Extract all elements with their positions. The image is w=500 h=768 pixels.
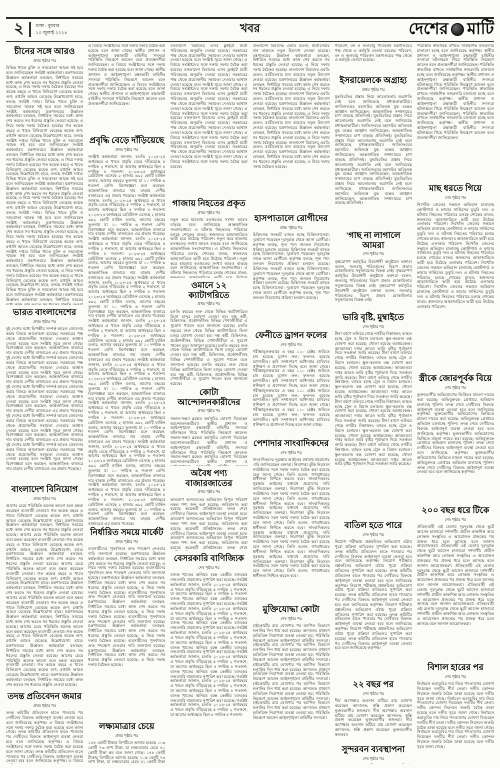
article-headline: লক্ষ্যমাত্রার চেয়ে — [88, 722, 165, 732]
continuation-note: প্রথম পৃষ্ঠার পর — [6, 496, 83, 503]
dateline: ঢাকা : বুধবার ১০ জুলাই ২০২৪ — [36, 23, 67, 35]
article-body: বিভিন্ন খাতে চুক্তি ও সমঝোতা স্মারক সই হ… — [6, 66, 83, 305]
continuation-note: প্রথম পৃষ্ঠার পর — [6, 58, 83, 65]
article-body: যুদ্ধবিরতির প্রস্তাব নিয়ে আলোচনায় অগ্র… — [335, 95, 412, 206]
article: প্রবৃদ্ধি বেড়ে দাঁড়িয়েছে প্রথম পৃষ্ঠা… — [88, 133, 165, 525]
continuation-note: প্রথম পৃষ্ঠার পর — [88, 539, 165, 546]
article-body: ১৪৮ কোটি টাকার বিপরীতে আদায় হয়েছে ১০৬ … — [88, 741, 165, 764]
article-body: ভুক্তভোগীর অভিযোগের ভিত্তিতে মামলা দায়ে… — [417, 393, 494, 475]
article-body: বাংলাদেশ বিমানের এমডি বলেন, যাত্রীসেবার … — [253, 44, 330, 170]
continuation-note: প্রথম পৃষ্ঠার পর — [253, 225, 330, 232]
article-headline: মাছ ধরতে গিয়ে — [417, 184, 494, 194]
article: স্ত্রীকে জোরপূর্বক বিয়ে শেষ পৃষ্ঠার পর … — [417, 371, 494, 503]
article: ইসরায়েলকে অগ্রাহ্য প্রথম পৃষ্ঠার পর যুদ… — [335, 73, 412, 228]
article-headline: বাংলাদেশ বিনিয়োগ — [6, 485, 83, 495]
article: হাসপাতালে রোগীদের প্রথম পৃষ্ঠার পর চিকিৎ… — [253, 211, 330, 328]
article-body: টানা বর্ষণে তলিয়ে গেছে নগরীর নিম্নাঞ্চল… — [335, 332, 412, 467]
article-headline: প্রবৃদ্ধি বেড়ে দাঁড়িয়েছে — [88, 136, 165, 146]
article-body: ঐতিহ্যবাহী এই মেলায় দূরদূরান্ত থেকে ছুট… — [417, 525, 494, 626]
column-2: এ বিষয়ে সংশ্লিষ্টদের সঙ্গে দফায় দফায় … — [88, 44, 165, 764]
article: মুক্তিযোদ্ধা কোটা শেষ পৃষ্ঠার পর হাইকোর্… — [253, 602, 330, 764]
newspaper-logo-icon — [451, 23, 464, 36]
article: বাতিল হতে পারে শেষ পৃষ্ঠার পর নিয়োগ পরী… — [335, 518, 412, 677]
continuation-note: প্রথম পৃষ্ঠার পর — [170, 301, 247, 308]
article: বেসরকারি বাণিজ্যিক শেষ পৃষ্ঠার পর ব্যাংক… — [170, 551, 247, 764]
article: গাজায় নিহতের প্রকৃত প্রথম পৃষ্ঠার পর নত… — [170, 196, 247, 278]
article-headline: তদন্ত প্রতিবেদন জমার — [6, 692, 83, 702]
article-headline: 'গাছ না লাগালে আমরা — [335, 231, 412, 250]
masthead: দেশের মাটি — [409, 16, 494, 43]
masthead-word-2: মাটি — [467, 16, 494, 43]
article-headline: গাজায় নিহতের প্রকৃত — [170, 199, 247, 209]
masthead-word-1: দেশের — [409, 16, 449, 43]
continuation-note: প্রথম পৃষ্ঠার পর — [335, 87, 412, 94]
continuation-note: শেষ পৃষ্ঠার পর — [335, 251, 412, 258]
continuation-note: শেষ পৃষ্ঠার পর — [335, 532, 412, 539]
page-number: ২ — [6, 22, 29, 37]
article-body: দীর্ঘ অপেক্ষার অবসান ঘটিয়ে রায় ঘোষণা ক… — [335, 699, 412, 738]
page-header: ২ ঢাকা : বুধবার ১০ জুলাই ২০২৪ খবর দেশের … — [6, 19, 494, 40]
article-body: পরিবেশ, বন ও জলবায়ু পরিবর্তন মন্ত্রণালয… — [335, 44, 412, 63]
article: পরিস্থিতি স্বাভাবিক রাখতে সার্বক্ষণিক নজ… — [417, 44, 494, 181]
article-body: নির্বাচনে ভরাডুবির দায় নিয়ে পদত্যাগের … — [417, 682, 494, 750]
continuation-note: শেষ পৃষ্ঠার পর — [417, 517, 494, 524]
article-body: এ বিষয়ে সংশ্লিষ্টদের সঙ্গে দফায় দফায় … — [88, 44, 165, 107]
article-body: ভ্রাম্যমাণ আদালতের অভিযানে বিপুল পরিমাণ … — [170, 498, 247, 551]
article-body: ব্যবসায়ীদের পুনর্বাসনে দ্রুত পদক্ষেপ নে… — [88, 547, 165, 668]
article: লক্ষ্যমাত্রার চেয়ে প্রথম পৃষ্ঠার পর ১৪৮… — [88, 719, 165, 764]
continuation-note: শেষ পৃষ্ঠার পর — [417, 195, 494, 202]
article-grid: চীনের সঙ্গে আরও প্রথম পৃষ্ঠার পর বিভিন্ন… — [6, 44, 494, 764]
article-headline: অবৈধ পণ্য বাজারজাতের — [170, 469, 247, 488]
article: ভারি বৃষ্টি, মুম্বাইতে শেষ পৃষ্ঠার পর টা… — [335, 310, 412, 518]
column-1: চীনের সঙ্গে আরও প্রথম পৃষ্ঠার পর বিভিন্ন… — [6, 44, 83, 764]
article: পরিবেশ, বন ও জলবায়ু পরিবর্তন মন্ত্রণালয… — [335, 44, 412, 73]
article-body: সংশ্লিষ্ট কর্মকর্তারা জানান, চলতি ২০২৪-২… — [88, 155, 165, 525]
article-headline: কোটা আন্দোলনকারীদের — [170, 388, 247, 407]
article-headline: হাসপাতালে রোগীদের — [253, 214, 330, 224]
column-4: বাংলাদেশ বিমানের এমডি বলেন, যাত্রীসেবার … — [253, 44, 330, 764]
article-body: নিয়োগ পরীক্ষায় প্রশ্নফাঁসের অভিযোগ ওঠা… — [335, 540, 412, 651]
continuation-note: প্রথম পৃষ্ঠার পর — [88, 733, 165, 740]
article: ওমানে ১২ ক্যাটাগরিতে প্রথম পৃষ্ঠার পর চল… — [170, 278, 247, 385]
article: এ বিষয়ে সংশ্লিষ্টদের সঙ্গে দফায় দফায় … — [88, 44, 165, 133]
article-headline: ফেনীতে ড্রাগন ফলের — [253, 331, 330, 341]
article-body: তদন্ত কমিটির প্রতিবেদন হাতে পাওয়ার পর দ… — [6, 711, 83, 764]
dateline-date: ১০ জুলাই ২০২৪ — [36, 30, 67, 36]
article: তদন্ত প্রতিবেদন জমার প্রথম পৃষ্ঠার পর তদ… — [6, 689, 83, 764]
continuation-note: শেষ পৃষ্ঠার পর — [335, 691, 412, 698]
article-headline: ভারত বাংলাদেশের — [6, 308, 83, 318]
continuation-note: শেষ পৃষ্ঠার পর — [335, 324, 412, 331]
article-headline: স্ত্রীকে জোরপূর্বক বিয়ে — [417, 374, 494, 384]
article: ২২ বছর পর শেষ পৃষ্ঠার পর দীর্ঘ অপেক্ষার … — [335, 677, 412, 742]
continuation-note: শেষ পৃষ্ঠার পর — [253, 616, 330, 623]
article-headline: বেসরকারি বাণিজ্যিক — [170, 554, 247, 564]
article-body: ব্যাংক খাতের অনিয়ম বন্ধে কেন্দ্রীয় ব্য… — [170, 573, 247, 718]
article: বিশাল হারের পর শেষ পৃষ্ঠার পর নির্বাচনে … — [417, 660, 494, 764]
article: নির্ধারিত সময়ে মার্কেট প্রথম পৃষ্ঠার পর… — [88, 525, 165, 719]
article-body: পরিস্থিতি স্বাভাবিক রাখতে সার্বক্ষণিক নজ… — [417, 44, 494, 141]
article-headline: বিশাল হারের পর — [417, 663, 494, 673]
continuation-note: প্রথম পৃষ্ঠার পর — [170, 489, 247, 496]
header-bottom-rule — [6, 41, 494, 42]
article-body: হাইকোর্টের রায় ঘোষণার পর আপিল বিভাগে শু… — [253, 624, 330, 721]
article: 'গাছ না লাগালে আমরা শেষ পৃষ্ঠার পর বৃক্ষ… — [335, 228, 412, 310]
column-3: বাংলাদেশ বিমানের এসব ফ্লাইটে যাত্রী পরিব… — [170, 44, 247, 764]
article-headline: ওমানে ১২ ক্যাটাগরিতে — [170, 281, 247, 300]
continuation-note: শেষ পৃষ্ঠার পর — [253, 450, 330, 457]
continuation-note: প্রথম পৃষ্ঠার পর — [170, 210, 247, 217]
continuation-note: শেষ পৃষ্ঠার পর — [335, 756, 412, 763]
article-headline: নির্ধারিত সময়ে মার্কেট — [88, 528, 165, 538]
article: ২০০ বছর ধরে টিকে শেষ পৃষ্ঠার পর ঐতিহ্যবা… — [417, 503, 494, 660]
article-headline: সুন্দরবন ব্যবস্থাপনা — [335, 745, 412, 755]
article-body: নিখোঁজ জেলের সন্ধানে অভিযান চালাচ্ছে কোস… — [417, 203, 494, 309]
continuation-note: প্রথম পৃষ্ঠার পর — [88, 147, 165, 154]
article: ভারত বাংলাদেশের প্রথম পৃষ্ঠার পর দুই দেশ… — [6, 305, 83, 482]
article-headline: বাতিল হতে পারে — [335, 521, 412, 531]
continuation-note: শেষ পৃষ্ঠার পর — [170, 565, 247, 572]
header-divider — [29, 22, 31, 37]
article-body: আগের চেয়ে পরিস্থিতি অনেক ভালো বলে মন্তব… — [6, 504, 83, 687]
article-body: পরীক্ষামূলকভাবে এ বছর ১১০ হেক্টর জমিতে চ… — [253, 350, 330, 427]
article-body: চলতি বছরের শুরু থেকে বিভিন্ন ক্যাটাগরিতে… — [170, 310, 247, 385]
article: পেশাদার সাংবাদিকদের শেষ পৃষ্ঠার পর সাংবা… — [253, 436, 330, 602]
continuation-note: প্রথম পৃষ্ঠার পর — [6, 703, 83, 710]
article: ফেনীতে ড্রাগন ফলের শেষ পৃষ্ঠার পর পরীক্ষ… — [253, 328, 330, 436]
article: বাংলাদেশ বিমানের এমডি বলেন, যাত্রীসেবার … — [253, 44, 330, 211]
article-headline: ২০০ বছর ধরে টিকে — [417, 506, 494, 516]
article: অবৈধ পণ্য বাজারজাতের প্রথম পৃষ্ঠার পর ভ্… — [170, 466, 247, 551]
article-headline: মুক্তিযোদ্ধা কোটা — [253, 605, 330, 615]
column-6: পরিস্থিতি স্বাভাবিক রাখতে সার্বক্ষণিক নজ… — [417, 44, 494, 764]
article-body: সকাল-সন্ধ্যা ব্লকেড কর্মসূচির ঘোষণা দিয়… — [170, 417, 247, 466]
article: চীনের সঙ্গে আরও প্রথম পৃষ্ঠার পর বিভিন্ন… — [6, 44, 83, 305]
article-body: বৃক্ষরোপণ কর্মসূচির উদ্বোধনী অনুষ্ঠানে ব… — [335, 260, 412, 303]
article: বাংলাদেশ বিমানের এসব ফ্লাইটে যাত্রী পরিব… — [170, 44, 247, 196]
article-headline: পেশাদার সাংবাদিকদের — [253, 439, 330, 449]
article-body: চিকিৎসক সংকটে ব্যাহত হচ্ছে চিকিৎসাসেবা; … — [253, 233, 330, 301]
article-body: সাংবাদিকদের সুরক্ষায় আইনের যথাযথ প্রয়ো… — [253, 458, 330, 579]
continuation-note: শেষ পৃষ্ঠার পর — [253, 342, 330, 349]
article-body: বাংলাদেশ বিমানের এসব ফ্লাইটে যাত্রী পরিব… — [170, 44, 247, 170]
article-headline: ইসরায়েলকে অগ্রাহ্য — [335, 76, 412, 86]
article: মাছ ধরতে গিয়ে শেষ পৃষ্ঠার পর নিখোঁজ জেল… — [417, 181, 494, 371]
article: সুন্দরবন ব্যবস্থাপনা শেষ পৃষ্ঠার পর বনজ … — [335, 742, 412, 764]
article: বাংলাদেশ বিনিয়োগ প্রথম পৃষ্ঠার পর আগের … — [6, 482, 83, 689]
article-headline: চীনের সঙ্গে আরও — [6, 47, 83, 57]
continuation-note: শেষ পৃষ্ঠার পর — [417, 674, 494, 681]
article-body: দুই দেশের মধ্যে দ্বিপক্ষীয় সম্পর্ক আরও … — [6, 327, 83, 472]
newspaper-page: ২ ঢাকা : বুধবার ১০ জুলাই ২০২৪ খবর দেশের … — [0, 0, 500, 768]
continuation-note: শেষ পৃষ্ঠার পর — [417, 385, 494, 392]
article-headline: ভারি বৃষ্টি, মুম্বাইতে — [335, 313, 412, 323]
column-5: পরিবেশ, বন ও জলবায়ু পরিবর্তন মন্ত্রণালয… — [335, 44, 412, 764]
article: কোটা আন্দোলনকারীদের প্রথম পৃষ্ঠার পর সকা… — [170, 385, 247, 466]
article-body: নতুন করে হামলায় হতাহতের সংখ্যা আরও বাড়… — [170, 218, 247, 278]
continuation-note: প্রথম পৃষ্ঠার পর — [170, 408, 247, 415]
continuation-note: প্রথম পৃষ্ঠার পর — [6, 319, 83, 326]
article-headline: ২২ বছর পর — [335, 680, 412, 690]
